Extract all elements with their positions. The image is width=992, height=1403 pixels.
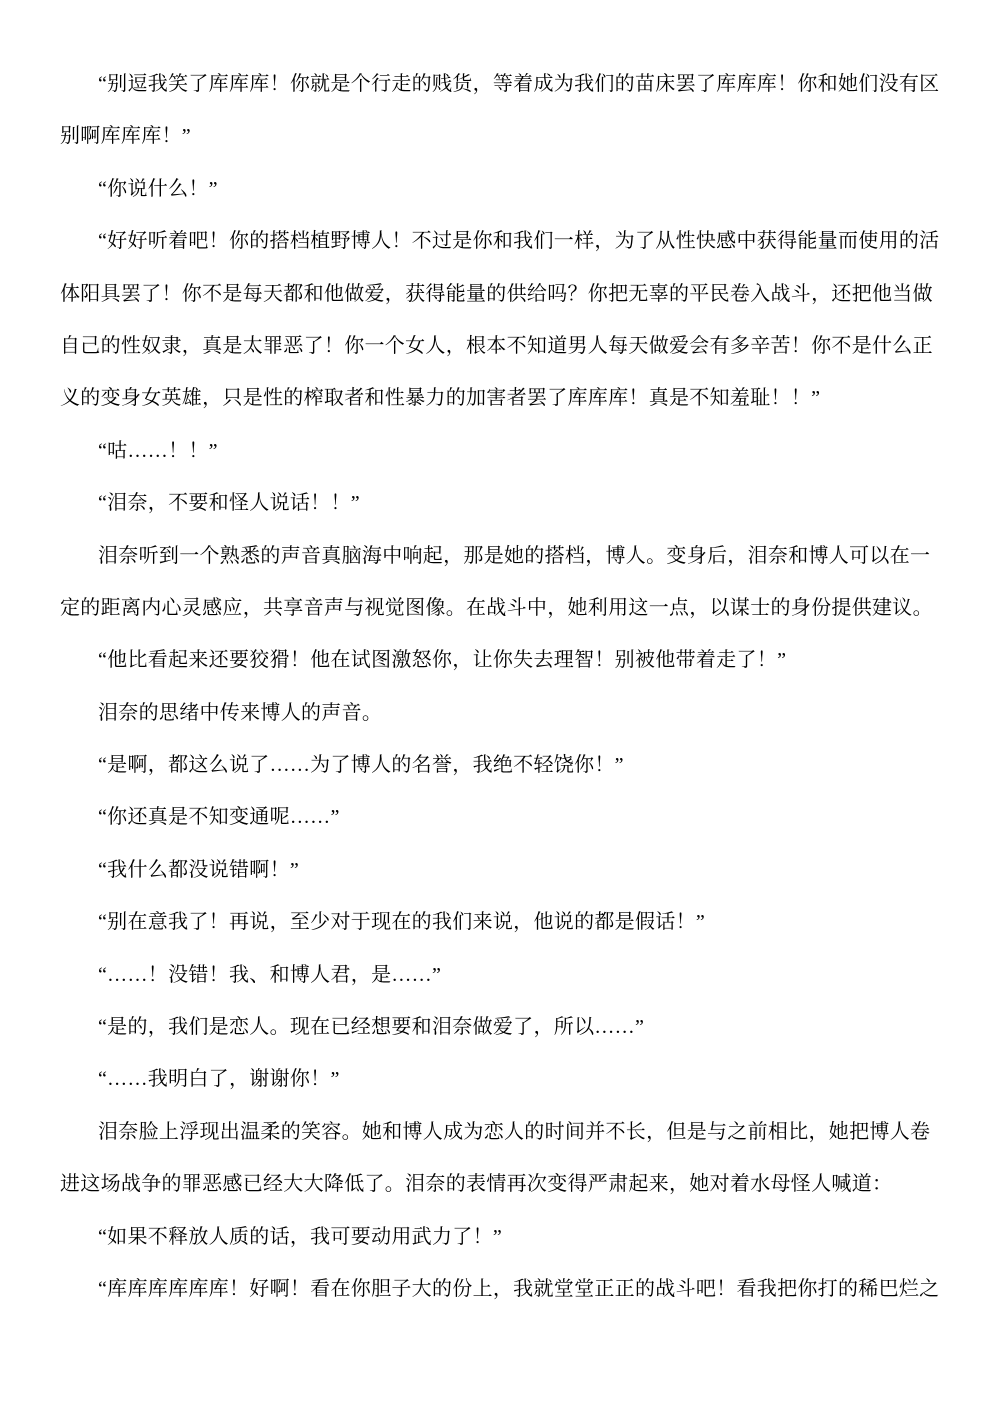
text-line: “是的，我们是恋人。现在已经想要和泪奈做爱了，所以……”	[60, 1001, 932, 1053]
text-line: 体阳具罢了！你不是每天都和他做爱，获得能量的供给吗？你把无辜的平民卷入战斗，还把…	[60, 268, 932, 320]
text-line: “泪奈，不要和怪人说话！！”	[60, 477, 932, 529]
paragraph: “如果不释放人质的话，我可要动用武力了！”	[60, 1211, 932, 1263]
text-line: “……！没错！我、和博人君，是……”	[60, 949, 932, 1001]
paragraph: “好好听着吧！你的搭档植野博人！不过是你和我们一样，为了从性快感中获得能量而使用…	[60, 215, 932, 425]
text-line: “库库库库库库！好啊！看在你胆子大的份上，我就堂堂正正的战斗吧！看我把你打的稀巴…	[60, 1263, 932, 1315]
text-line: 泪奈脸上浮现出温柔的笑容。她和博人成为恋人的时间并不长，但是与之前相比，她把博人…	[60, 1106, 932, 1158]
paragraph: “我什么都没说错啊！”	[60, 844, 932, 896]
paragraph: “咕……！！”	[60, 425, 932, 477]
text-line: 定的距离内心灵感应，共享音声与视觉图像。在战斗中，她利用这一点，以谋士的身份提供…	[60, 582, 932, 634]
paragraph: “库库库库库库！好啊！看在你胆子大的份上，我就堂堂正正的战斗吧！看我把你打的稀巴…	[60, 1263, 932, 1315]
text-line: “是啊，都这么说了……为了博人的名誉，我绝不轻饶你！”	[60, 739, 932, 791]
paragraph: “他比看起来还要狡猾！他在试图激怒你，让你失去理智！别被他带着走了！”	[60, 634, 932, 686]
text-line: 自己的性奴隶，真是太罪恶了！你一个女人，根本不知道男人每天做爱会有多辛苦！你不是…	[60, 320, 932, 372]
novel-page: “别逗我笑了库库库！你就是个行走的贱货，等着成为我们的苗床罢了库库库！你和她们没…	[0, 0, 992, 1403]
text-line: “如果不释放人质的话，我可要动用武力了！”	[60, 1211, 932, 1263]
paragraph: “……我明白了，谢谢你！”	[60, 1053, 932, 1105]
text-line: 进这场战争的罪恶感已经大大降低了。泪奈的表情再次变得严肃起来，她对着水母怪人喊道…	[60, 1158, 932, 1210]
text-line: 别啊库库库！”	[60, 110, 932, 162]
text-line: “你说什么！”	[60, 163, 932, 215]
paragraph: “是啊，都这么说了……为了博人的名誉，我绝不轻饶你！”	[60, 739, 932, 791]
paragraph: “泪奈，不要和怪人说话！！”	[60, 477, 932, 529]
paragraph: “别逗我笑了库库库！你就是个行走的贱货，等着成为我们的苗床罢了库库库！你和她们没…	[60, 58, 932, 163]
text-line: “他比看起来还要狡猾！他在试图激怒你，让你失去理智！别被他带着走了！”	[60, 634, 932, 686]
text-line: 泪奈的思绪中传来博人的声音。	[60, 687, 932, 739]
paragraph: “你还真是不知变通呢……”	[60, 791, 932, 843]
text-body: “别逗我笑了库库库！你就是个行走的贱货，等着成为我们的苗床罢了库库库！你和她们没…	[60, 58, 932, 1315]
paragraph: “……！没错！我、和博人君，是……”	[60, 949, 932, 1001]
text-line: “咕……！！”	[60, 425, 932, 477]
text-line: 泪奈听到一个熟悉的声音真脑海中响起，那是她的搭档，博人。变身后，泪奈和博人可以在…	[60, 530, 932, 582]
paragraph: 泪奈听到一个熟悉的声音真脑海中响起，那是她的搭档，博人。变身后，泪奈和博人可以在…	[60, 530, 932, 635]
paragraph: “是的，我们是恋人。现在已经想要和泪奈做爱了，所以……”	[60, 1001, 932, 1053]
text-line: “你还真是不知变通呢……”	[60, 791, 932, 843]
text-line: 义的变身女英雄，只是性的榨取者和性暴力的加害者罢了库库库！真是不知羞耻！！”	[60, 372, 932, 424]
text-line: “别在意我了！再说，至少对于现在的我们来说，他说的都是假话！”	[60, 896, 932, 948]
text-line: “……我明白了，谢谢你！”	[60, 1053, 932, 1105]
text-line: “别逗我笑了库库库！你就是个行走的贱货，等着成为我们的苗床罢了库库库！你和她们没…	[60, 58, 932, 110]
text-line: “好好听着吧！你的搭档植野博人！不过是你和我们一样，为了从性快感中获得能量而使用…	[60, 215, 932, 267]
text-line: “我什么都没说错啊！”	[60, 844, 932, 896]
paragraph: “别在意我了！再说，至少对于现在的我们来说，他说的都是假话！”	[60, 896, 932, 948]
paragraph: “你说什么！”	[60, 163, 932, 215]
paragraph: 泪奈的思绪中传来博人的声音。	[60, 687, 932, 739]
paragraph: 泪奈脸上浮现出温柔的笑容。她和博人成为恋人的时间并不长，但是与之前相比，她把博人…	[60, 1106, 932, 1211]
